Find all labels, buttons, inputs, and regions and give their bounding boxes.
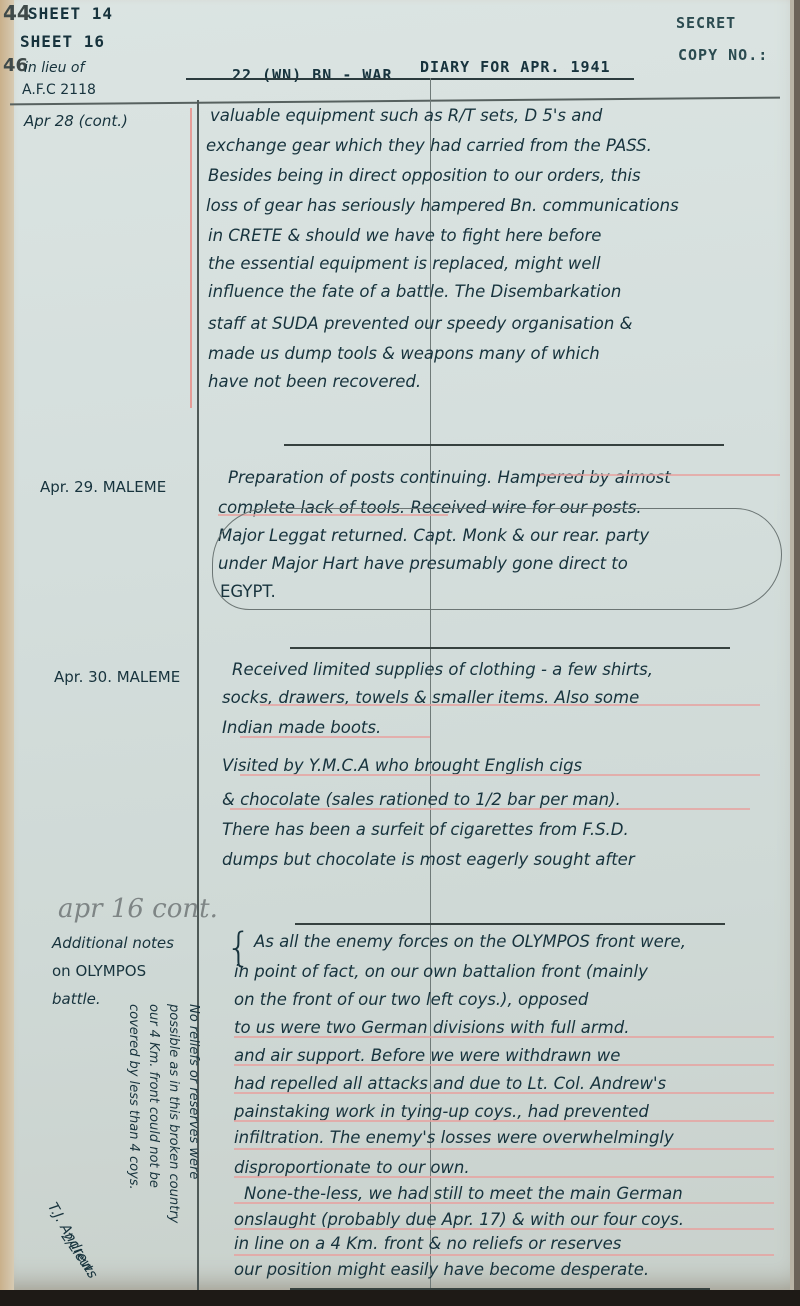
pencil-note: apr 16 cont. <box>58 894 218 924</box>
form-note-1: in lieu of <box>24 60 84 76</box>
entry-line: There has been a surfeit of cigarettes f… <box>222 822 629 839</box>
page-bottom-shadow <box>0 1290 800 1306</box>
entry-line: to us were two German divisions with ful… <box>234 1020 629 1037</box>
entry-line: influence the fate of a battle. The Dise… <box>208 284 621 301</box>
red-ruled-line <box>234 1148 774 1150</box>
entry-separator <box>295 923 725 925</box>
entry-line: in CRETE & should we have to fight here … <box>208 228 601 245</box>
diary-title-left: 22 (WN) BN - WAR <box>232 66 393 84</box>
entry-separator <box>290 647 730 649</box>
red-ruled-line <box>234 1202 774 1204</box>
entry-line: and air support. Before we were withdraw… <box>234 1048 620 1065</box>
red-underline <box>240 774 760 776</box>
red-ruled-line <box>234 1092 774 1094</box>
entry-line: on the front of our two left coys.), opp… <box>234 992 588 1009</box>
entry-line: staff at SUDA prevented our speedy organ… <box>208 316 632 333</box>
red-underline <box>260 704 760 706</box>
copy-number-label: COPY NO.: <box>678 46 768 64</box>
red-underline <box>240 736 430 738</box>
sheet-label-2: SHEET 16 <box>20 32 105 51</box>
entry-line: have not been recovered. <box>208 374 421 391</box>
entry-date: Apr. 29. MALEME <box>40 478 166 496</box>
entry-line: painstaking work in tying-up coys., had … <box>234 1104 649 1121</box>
entry-line: valuable equipment such as R/T sets, D 5… <box>210 108 602 125</box>
entry-line: Received limited supplies of clothing - … <box>232 662 653 679</box>
entry-line: Indian made boots. <box>222 720 381 737</box>
sheet-label-1: SHEET 14 <box>28 4 113 23</box>
red-ruled-line <box>234 1228 774 1230</box>
entry-line: onslaught (probably due Apr. 17) & with … <box>234 1212 684 1229</box>
classification-label: SECRET <box>676 14 736 32</box>
diary-page: 44 SHEET 14 SHEET 16 46 in lieu of A.F.C… <box>0 0 794 1290</box>
entry-line: & chocolate (sales rationed to 1/2 bar p… <box>222 792 621 809</box>
side-note-line: our 4 Km. front could not be <box>146 1004 161 1188</box>
entry-line: had repelled all attacks and due to Lt. … <box>234 1076 666 1093</box>
entry-line: in point of fact, on our own battalion f… <box>234 964 648 981</box>
entry-date-line: Additional notes <box>52 934 174 952</box>
entry-line: As all the enemy forces on the OLYMPOS f… <box>254 934 686 951</box>
entry-line: Preparation of posts continuing. Hampere… <box>228 470 671 487</box>
header-rule <box>10 97 780 105</box>
entry-line: made us dump tools & weapons many of whi… <box>208 346 600 363</box>
red-ruled-line <box>234 1176 774 1178</box>
red-margin-line <box>190 108 192 408</box>
form-note-2: A.F.C 2118 <box>22 82 96 98</box>
red-ruled-line <box>234 1120 774 1122</box>
entry-line: Besides being in direct opposition to ou… <box>208 168 641 185</box>
red-ruled-line <box>234 1036 774 1038</box>
pencil-circle-annotation <box>212 508 782 610</box>
entry-line: Visited by Y.M.C.A who brought English c… <box>222 758 582 775</box>
entry-date: Apr. 30. MALEME <box>54 668 180 686</box>
entry-line: the essential equipment is replaced, mig… <box>208 256 601 273</box>
page-number: 44 <box>3 1 31 25</box>
side-note-line: covered by less than 4 coys. <box>126 1004 141 1190</box>
entry-date: Apr 28 (cont.) <box>24 112 128 130</box>
red-ruled-line <box>234 1064 774 1066</box>
entry-line: dumps but chocolate is most eagerly soug… <box>222 852 635 869</box>
entry-line: exchange gear which they had carried fro… <box>206 138 652 155</box>
diary-title-right: DIARY FOR APR. 1941 <box>420 58 611 76</box>
entry-date-line: on OLYMPOS <box>52 962 146 980</box>
entry-line: disproportionate to our own. <box>234 1160 470 1177</box>
side-note-line: possible as in this broken country <box>166 1004 181 1223</box>
entry-line: in line on a 4 Km. front & no reliefs or… <box>234 1236 621 1253</box>
entry-line: None-the-less, we had still to meet the … <box>244 1186 683 1203</box>
red-underline <box>540 474 780 476</box>
entry-line: our position might easily have become de… <box>234 1262 649 1279</box>
entry-line: loss of gear has seriously hampered Bn. … <box>206 198 679 215</box>
entry-line: infiltration. The enemy's losses were ov… <box>234 1130 674 1147</box>
entry-date-line: battle. <box>52 990 101 1008</box>
red-underline <box>230 808 750 810</box>
title-underline <box>186 78 634 80</box>
page-binding-edge <box>0 0 14 1290</box>
red-ruled-line <box>234 1254 774 1256</box>
side-note-line: No reliefs or reserves were <box>186 1004 201 1179</box>
entry-separator <box>284 444 724 446</box>
